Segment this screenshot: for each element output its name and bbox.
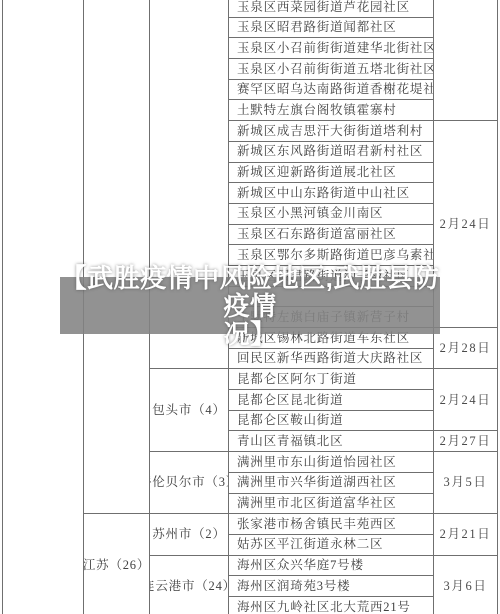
community-cell: 青山区青福镇北区 (229, 431, 434, 452)
community-cell: 玉泉区西菜园街道芦花园社区 (229, 0, 434, 18)
city-cell: 苏州市（2） (150, 514, 229, 555)
community-cell: 新城区成吉思汗大街街道塔利村 (229, 121, 434, 142)
community-cell: 回民区新华西路街道大庆路社区 (229, 349, 434, 370)
date-cell (434, 0, 498, 121)
community-cell: 昆都仑区阿尔丁街道 (229, 369, 434, 390)
community-cell: 昆都仑区昆北街道 (229, 390, 434, 411)
community-cell: 张家港市杨舍镇民丰苑西区 (229, 514, 434, 535)
city-cell: 连云港市（24） (150, 556, 229, 614)
community-cell: 玉泉区石东路街道富丽社区 (229, 225, 434, 246)
community-cell: 满洲里市兴华街道湖西社区 (229, 473, 434, 494)
community-cell: 满洲里市东山街道怡园社区 (229, 452, 434, 473)
date-cell: 3月6日 (434, 556, 498, 614)
overlay-title-line1: 【武胜疫情中风险地区,武胜县防疫情 (60, 264, 440, 320)
community-cell: 玉泉区小黑河镇金川南区 (229, 204, 434, 225)
date-cell: 2月21日 (434, 514, 498, 555)
community-cell: 玉泉区小召前街街道建华北街社区 (229, 38, 434, 59)
date-cell: 2月24日 (434, 121, 498, 328)
page: 江苏（26）包头市（4）呼伦贝尔市（3）苏州市（2）连云港市（24）玉泉区西菜园… (0, 0, 500, 614)
province-cell: 江苏（26） (84, 514, 150, 614)
province-cell (84, 0, 150, 514)
community-cell: 新城区迎新路街道展北社区 (229, 163, 434, 184)
date-cell: 2月27日 (434, 431, 498, 452)
community-cell: 玉泉区小召前街街道五塔北街社区 (229, 59, 434, 80)
overlay-title-line2: 况】 (223, 320, 276, 348)
community-cell: 新城区东风路街道昭君新村社区 (229, 142, 434, 163)
city-cell: 包头市（4） (150, 369, 229, 452)
community-cell: 赛罕区昭乌达南路街道香榭花堤社区 (229, 80, 434, 101)
date-cell: 3月5日 (434, 452, 498, 514)
community-cell: 海州区润琦苑3号楼 (229, 576, 434, 597)
community-cell: 满洲里市北区街道富华社区 (229, 494, 434, 515)
community-cell: 新城区中山东路街道中山社区 (229, 183, 434, 204)
title-overlay-banner: 【武胜疫情中风险地区,武胜县防疫情 况】 (60, 277, 440, 334)
date-cell: 2月28日 (434, 328, 498, 369)
date-cell: 2月24日 (434, 369, 498, 431)
community-cell: 玉泉区昭君路街道闻都社区 (229, 18, 434, 39)
community-cell: 土默特左旗台阁牧镇霍寨村 (229, 100, 434, 121)
community-cell: 海州区九岭社区北大荒西21号 (229, 597, 434, 614)
city-cell: 呼伦贝尔市（3） (150, 452, 229, 514)
community-cell: 昆都仑区鞍山街道 (229, 411, 434, 432)
community-cell: 海州区众兴华庭7号楼 (229, 556, 434, 577)
community-cell: 姑苏区平江街道永林二区 (229, 535, 434, 556)
